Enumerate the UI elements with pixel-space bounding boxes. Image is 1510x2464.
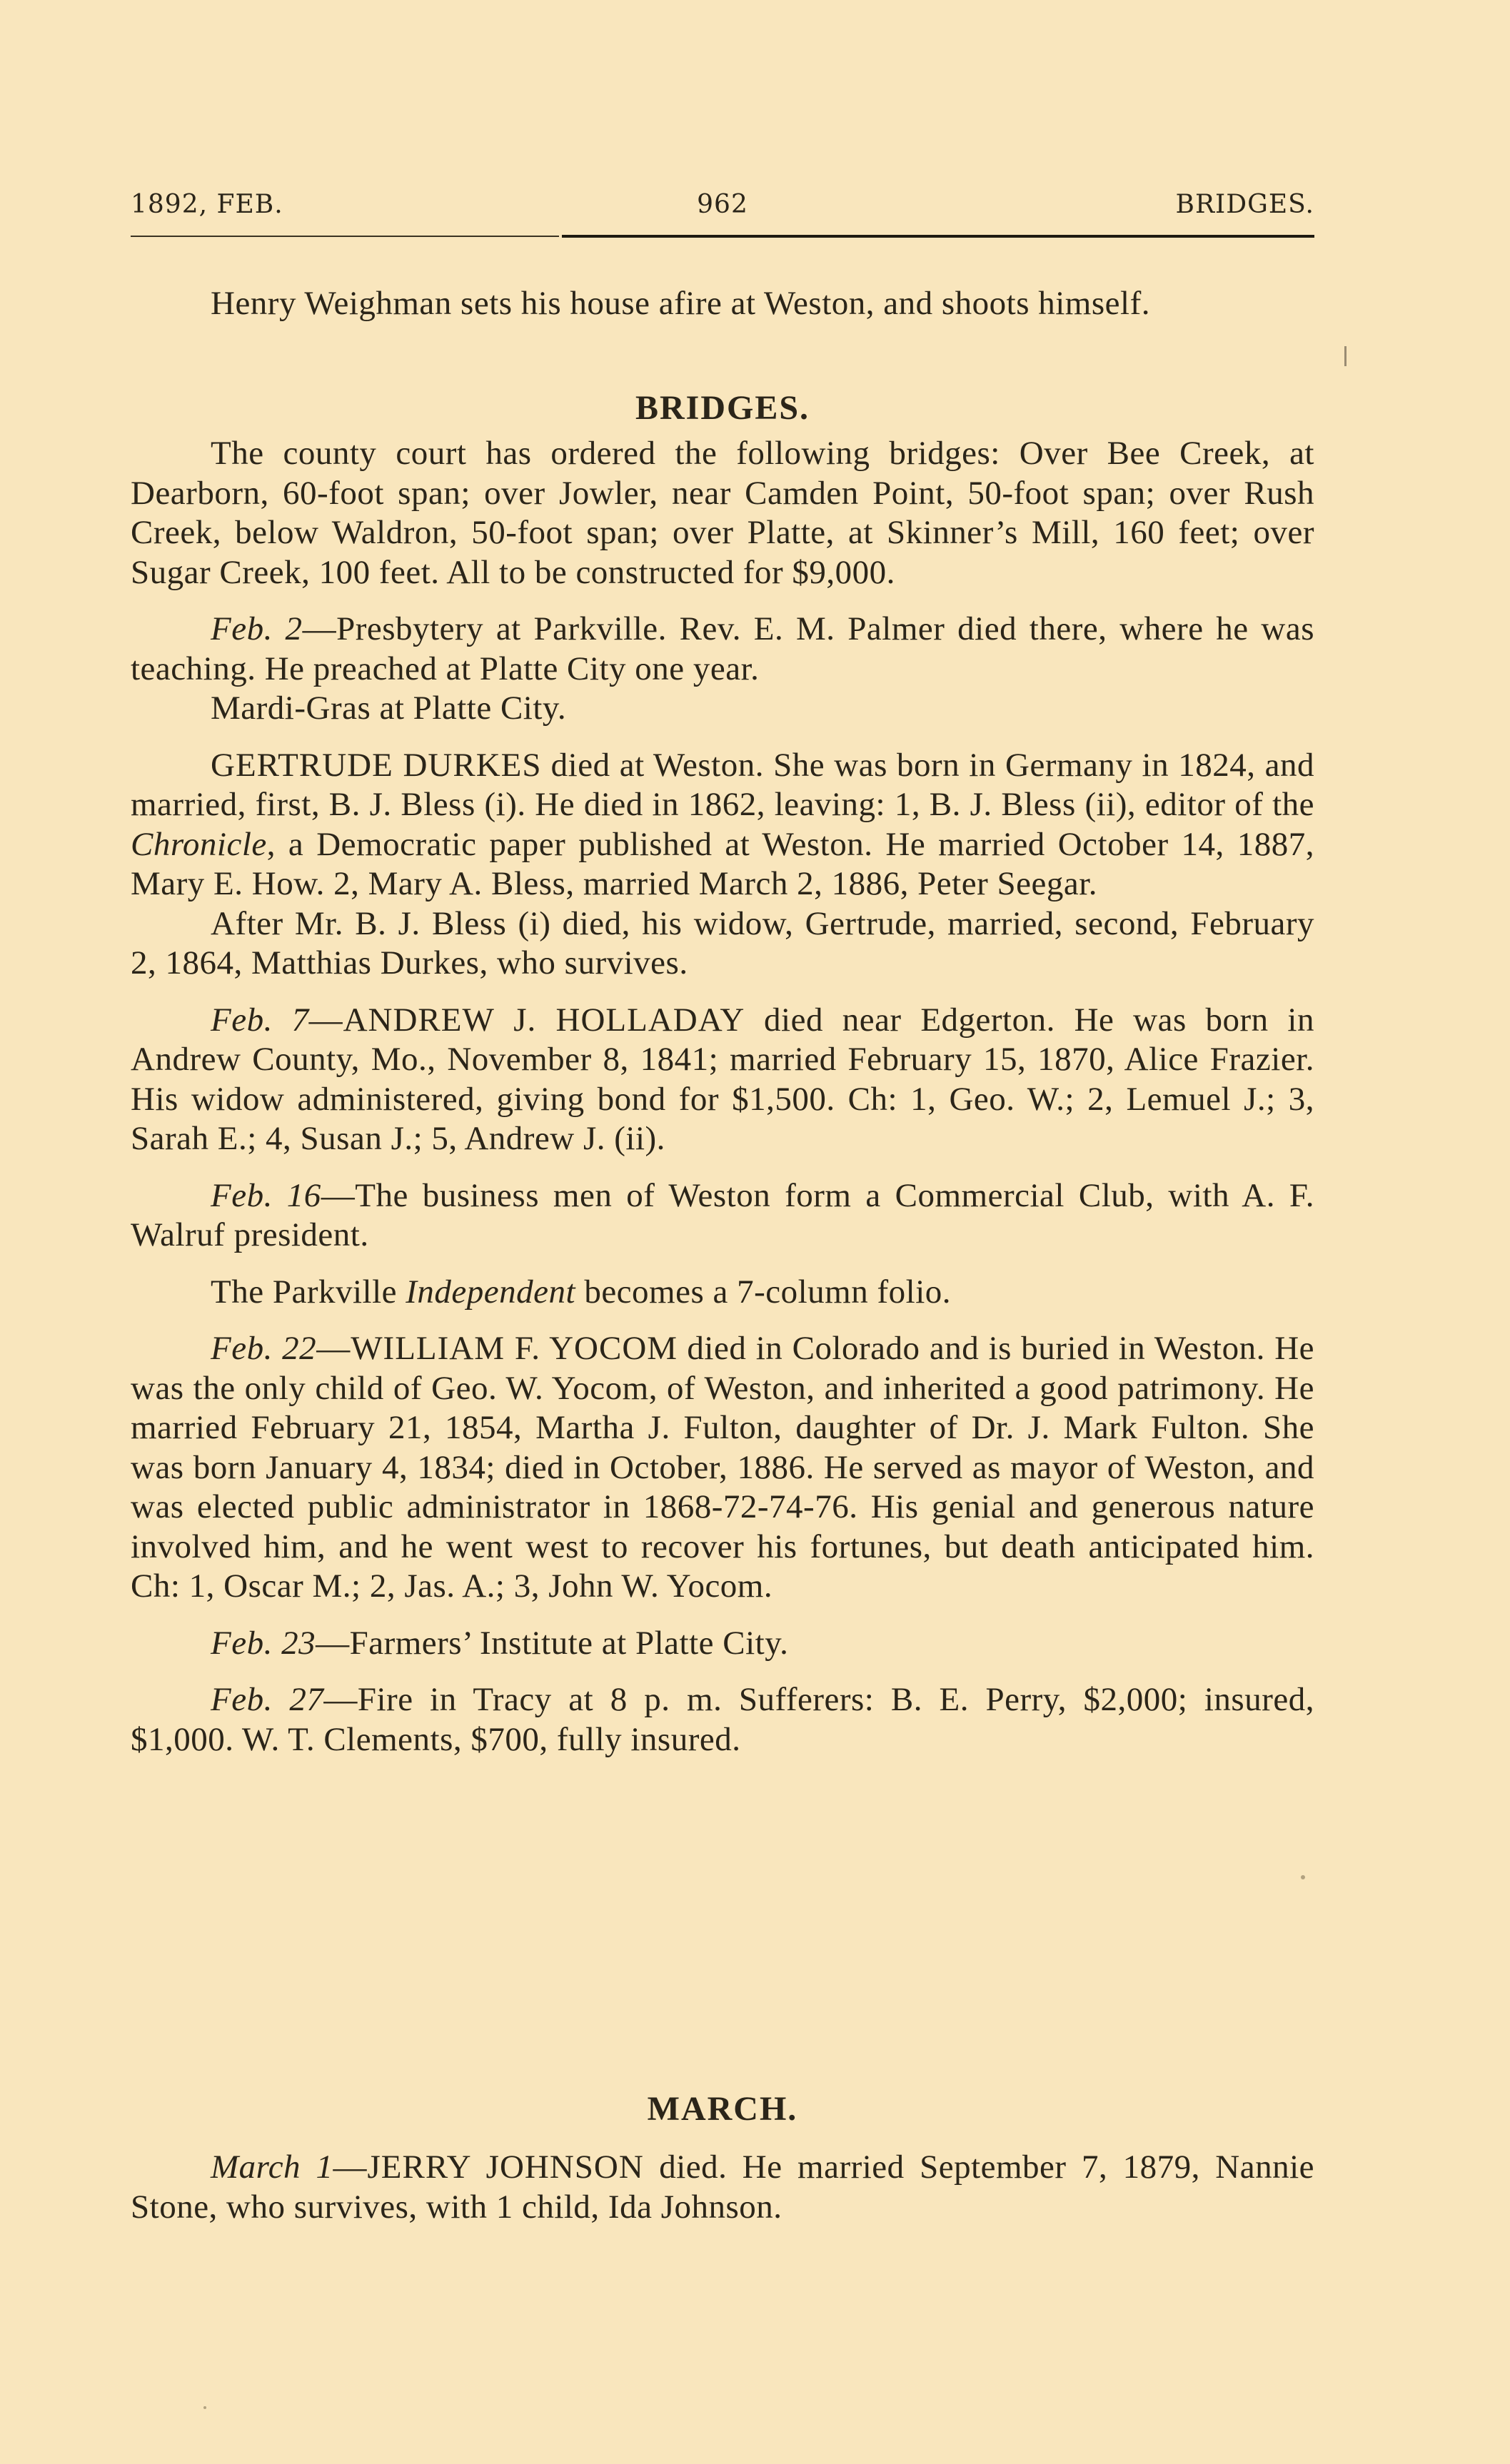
entry-feb-23: Feb. 23—Farmers’ Institute at Platte Cit… (131, 1624, 1314, 1664)
paper-speck (1301, 1875, 1305, 1879)
header-rule-thick (562, 235, 1314, 238)
entry-name: —JERRY JOHNSON (333, 2149, 643, 2186)
february-content: BRIDGES. The county court has ordered th… (131, 387, 1314, 1759)
entry-text: —Presbytery at Parkville. Rev. E. M. Pal… (131, 610, 1314, 687)
entry-text: Mardi-Gras at Platte City. (211, 690, 566, 727)
opening-paragraph-block: Henry Weighman sets his house afire at W… (131, 284, 1314, 324)
entry-parkville-independent: The Parkville Independent becomes a 7-co… (131, 1273, 1314, 1313)
entry-date: Feb. 22 (211, 1330, 316, 1367)
entry-feb-7: Feb. 7—ANDREW J. HOLLADAY died near Edge… (131, 1001, 1314, 1159)
entry-date: Feb. 23 (211, 1625, 316, 1662)
entry-feb-22: Feb. 22—WILLIAM F. YOCOM died in Colorad… (131, 1329, 1314, 1607)
entry-bless-widow: After Mr. B. J. Bless (i) died, his wido… (131, 904, 1314, 984)
entry-date: Feb. 2 (211, 610, 303, 647)
entry-name: —WILLIAM F. YOCOM (316, 1330, 678, 1367)
paper-speck (203, 2406, 206, 2409)
entry-text: The Parkville (211, 1273, 406, 1311)
entry-feb-16: Feb. 16—The business men of Weston form … (131, 1176, 1314, 1256)
entry-date: Feb. 7 (211, 1001, 309, 1039)
entry-text: , a Democratic paper published at Weston… (131, 826, 1314, 903)
entry-gertrude-durkes: GERTRUDE DURKES died at Weston. She was … (131, 746, 1314, 904)
bridges-paragraph: The county court has ordered the followi… (131, 434, 1314, 592)
section-heading-bridges: BRIDGES. (131, 387, 1314, 430)
margin-mark (1344, 346, 1347, 366)
newspaper-title: Independent (406, 1273, 575, 1311)
running-head-section: BRIDGES. (1175, 187, 1314, 223)
entry-text: died in Colorado and is buried in Weston… (131, 1330, 1314, 1605)
entry-date: Feb. 16 (211, 1177, 321, 1214)
section-heading-march: MARCH. (131, 2088, 1314, 2131)
entry-name: GERTRUDE DURKES (211, 747, 542, 784)
entry-march-1: March 1—JERRY JOHNSON died. He married S… (131, 2148, 1314, 2227)
entry-text: —Farmers’ Institute at Platte City. (316, 1625, 788, 1662)
entry-feb-2: Feb. 2—Presbytery at Parkville. Rev. E. … (131, 610, 1314, 689)
opening-paragraph: Henry Weighman sets his house afire at W… (131, 284, 1314, 324)
march-content: MARCH. March 1—JERRY JOHNSON died. He ma… (131, 2088, 1314, 2227)
entry-text: becomes a 7-column folio. (575, 1273, 951, 1311)
entry-mardi-gras: Mardi-Gras at Platte City. (131, 689, 1314, 729)
entry-date: March 1 (211, 2149, 333, 2186)
entry-text: After Mr. B. J. Bless (i) died, his wido… (131, 905, 1314, 982)
entry-date: Feb. 27 (211, 1681, 323, 1718)
running-head: 1892, FEB. 962 BRIDGES. (131, 187, 1314, 223)
entry-feb-27: Feb. 27—Fire in Tracy at 8 p. m. Suffere… (131, 1680, 1314, 1759)
newspaper-title: Chronicle (131, 826, 267, 863)
header-rule-thin (131, 236, 559, 237)
page-number: 962 (131, 187, 1314, 223)
entry-name: —ANDREW J. HOLLADAY (309, 1001, 745, 1039)
